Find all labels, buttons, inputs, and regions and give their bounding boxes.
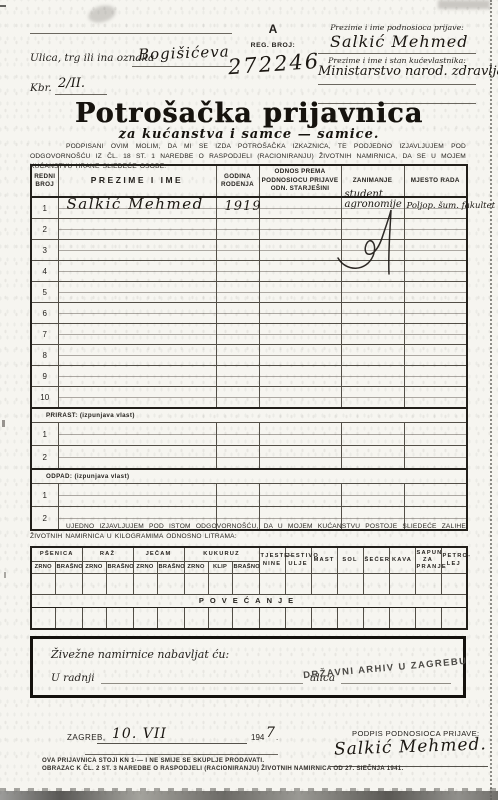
table-cell [341,387,404,409]
occupation-cell: student agronomije [341,197,404,219]
house-number-underline [55,94,107,95]
subcol-brasno: BRAŠNO [157,562,184,574]
year-handwritten: 1919 [225,199,262,214]
supply-cell [415,608,441,630]
margin-mark [2,420,5,427]
col-header-redni-broj: REDNI BROJ [31,165,58,197]
relation-cell [259,197,341,219]
household-row: 3 [31,240,467,261]
table-cell [341,324,404,345]
row-number: 10 [31,387,58,409]
table-cell [259,324,341,345]
price-note: OVA PRIJAVNICA STOJI KN 1·— I NE SMIJE S… [42,758,264,764]
applicant-underline [318,53,476,54]
table-cell [58,387,216,409]
supplies-group-header-row: PŠENICA RAŽ JEČAM KUKURUZ TJESTE-NINE JE… [31,547,467,562]
blank-line [30,33,232,34]
table-cell [216,345,259,366]
supply-cell [184,574,208,595]
supply-cell [31,574,55,595]
table-cell [341,282,404,303]
supply-cell [157,574,184,595]
form-reference-note: OBRAZAC K ČL. 2 ST. 3 NAREDBE O RASPODJE… [42,766,403,772]
household-row: 8 [31,345,467,366]
table-cell [404,345,467,366]
row-number: 1 [31,197,58,219]
table-cell [341,345,404,366]
table-cell [259,240,341,261]
table-cell [58,345,216,366]
supply-cell [441,574,467,595]
supply-cell [55,608,82,630]
workplace-cell: Poljop. šum. fakultet [404,197,467,219]
table-cell [404,261,467,282]
supply-cell [415,574,441,595]
blank-line [85,754,278,755]
supply-cell [106,574,133,595]
house-number-label: Kbr. [30,82,52,94]
odpad-row: 1 [31,484,467,507]
supply-cell [337,574,363,595]
prirast-section: PRIRAST: (izpunjava vlast) [31,408,467,423]
supply-cell [337,608,363,630]
city-label: ZAGREB, [67,733,106,742]
table-cell [216,219,259,240]
table-cell [58,303,216,324]
col-group-psenica: PŠENICA [31,547,82,562]
table-cell [58,219,216,240]
date-handwritten: 10. VII [112,726,167,742]
table-cell [259,219,341,240]
supplies-entry-row [31,574,467,595]
subcol-zrno: ZRNO [133,562,157,574]
col-mast: MAST [311,547,337,574]
household-row: 1 Salkić Mehmed 1919 student agronomije … [31,197,467,219]
reg-number-value-handwritten: 272246 [227,49,321,79]
table-cell [58,261,216,282]
supply-cell [259,574,285,595]
table-cell [216,240,259,261]
year-prefix: 194 [251,733,264,742]
supplies-declaration: UJEDNO IZJAVLJUJEM POD ISTOM ODGOVORNOŠĆ… [30,522,466,542]
row-number: 8 [31,345,58,366]
signature-handwritten: Salkić Mehmed. [334,734,487,759]
supply-cell [285,574,311,595]
col-jestivo-ulje: JESTIVO ULJE [285,547,311,574]
form-title: Potrošačka prijavnica [0,100,498,127]
odpad-label: ODPAD: (izpunjava vlast) [31,469,467,484]
prirast-row: 1 [31,423,467,446]
household-row: 5 [31,282,467,303]
col-group-jecam: JEČAM [133,547,184,562]
table-cell [404,387,467,409]
name-cell: Salkić Mehmed [58,197,216,219]
supply-cell [311,608,337,630]
subcol-brasno: BRAŠNO [232,562,259,574]
purchase-intro: Živežne namirnice nabavljat ću: [51,648,229,661]
year-dot: . [276,733,278,742]
col-header-odnos: ODNOS PREMA PODNOSIOCU PRIJAVE ODN. STAR… [259,165,341,197]
supply-cell [133,574,157,595]
povecanje-row: POVEĆANJE [31,595,467,608]
subcol-brasno: BRAŠNO [106,562,133,574]
reg-number-label: REG. BROJ: [235,42,311,49]
table-cell [58,240,216,261]
section-letter: A [235,22,311,36]
row-number: 1 [31,484,58,507]
table-cell [58,423,216,446]
household-row: 4 [31,261,467,282]
supply-cell [208,608,232,630]
stamp-smudge [86,3,117,26]
scan-edge-band [0,791,498,800]
u-radnji-label: U radnji [51,672,95,684]
table-cell [341,484,404,507]
table-cell [404,446,467,470]
table-cell [58,366,216,387]
table-cell [404,324,467,345]
supply-cell [363,574,389,595]
supply-cell [31,608,55,630]
prirast-label: PRIRAST: (izpunjava vlast) [31,408,467,423]
house-number-value-handwritten: 2/II. [58,76,85,91]
purchase-fill-row: U radnji ulica [51,672,451,684]
table-cell [259,261,341,282]
subcol-klip: KLIP [208,562,232,574]
col-group-raz: RAŽ [82,547,133,562]
supply-cell [389,574,415,595]
supplies-table: PŠENICA RAŽ JEČAM KUKURUZ TJESTE-NINE JE… [30,546,468,630]
col-header-mjesto-rada: MJESTO RADA [404,165,467,197]
supply-cell [157,608,184,630]
table-cell [341,303,404,324]
prirast-row: 2 [31,446,467,470]
table-cell [216,261,259,282]
col-header-prezime-ime: PREZIME I IME [58,165,216,197]
table-cell [404,366,467,387]
table-cell [216,423,259,446]
povecanje-label: POVEĆANJE [31,595,467,608]
landlord-value-handwritten: Ministarstvo narod. zdravlja [318,64,498,79]
form-subtitle: za kućanstva i samce — samice. [0,128,498,141]
table-cell [259,484,341,507]
table-cell [259,446,341,470]
col-group-kukuruz: KUKURUZ [184,547,259,562]
table-cell [58,446,216,470]
shop-fill-line [101,672,304,684]
supply-cell [441,608,467,630]
street-label: Ulica, trg ili ina oznaka [30,52,154,64]
supply-cell [232,574,259,595]
table-cell [58,282,216,303]
year-digit-handwritten: 7 [266,725,275,741]
subcol-brasno: BRAŠNO [55,562,82,574]
street-underline [132,66,232,67]
table-cell [404,423,467,446]
row-number: 1 [31,423,58,446]
supply-cell [259,608,285,630]
supply-cell [208,574,232,595]
table-cell [216,324,259,345]
supply-cell [363,608,389,630]
subcol-zrno: ZRNO [184,562,208,574]
table-cell [58,484,216,507]
supply-cell [184,608,208,630]
household-table: REDNI BROJ PREZIME I IME GODINA RODENJA … [30,164,468,531]
margin-mark [4,572,6,578]
supply-cell [82,574,106,595]
col-secer: ŠEĆER [363,547,389,574]
row-number: 4 [31,261,58,282]
table-cell [341,423,404,446]
supply-cell [55,574,82,595]
household-row: 10 [31,387,467,409]
occupation-handwritten: student agronomije [345,190,407,209]
table-cell [216,303,259,324]
table-cell [216,484,259,507]
row-number: 3 [31,240,58,261]
table-cell [216,366,259,387]
odpad-section: ODPAD: (izpunjava vlast) [31,469,467,484]
household-row: 2 [31,219,467,240]
table-cell [404,219,467,240]
supplies-entry-row [31,608,467,630]
workplace-handwritten: Poljop. šum. fakultet [407,201,496,211]
applicant-name-handwritten: Salkić Mehmed [330,32,469,51]
table-cell [341,219,404,240]
table-cell [259,366,341,387]
col-kava: KAVA [389,547,415,574]
table-cell [259,423,341,446]
subcol-zrno: ZRNO [31,562,55,574]
table-cell [404,303,467,324]
col-sol: SOL [337,547,363,574]
applicant-label: Prezime i ime podnosioca prijave: [316,23,478,32]
table-cell [216,282,259,303]
document-page: Ulica, trg ili ina oznaka Bogišićeva Kbr… [0,0,498,800]
table-cell [259,303,341,324]
supply-cell [311,574,337,595]
table-cell [259,282,341,303]
row-number: 6 [31,303,58,324]
year-cell: 1919 [216,197,259,219]
supply-cell [389,608,415,630]
table-cell [404,240,467,261]
table-cell [341,261,404,282]
table-cell [216,387,259,409]
row-number: 9 [31,366,58,387]
row-number: 5 [31,282,58,303]
landlord-underline [318,84,476,85]
col-header-godina: GODINA RODENJA [216,165,259,197]
supply-cell [285,608,311,630]
table-cell [58,324,216,345]
col-sapun: SAPUN ZA PRANJE [415,547,441,574]
table-cell [404,282,467,303]
street-value-handwritten: Bogišićeva [138,42,230,63]
table-cell [341,366,404,387]
supply-cell [133,608,157,630]
corner-smudge [438,0,490,9]
subcol-zrno: ZRNO [82,562,106,574]
household-row: 9 [31,366,467,387]
col-tjestenine: TJESTE-NINE [259,547,285,574]
supply-cell [106,608,133,630]
row-number: 7 [31,324,58,345]
date-underline [97,743,247,744]
household-row: 6 [31,303,467,324]
scan-corner-mark [0,5,6,7]
row-number: 2 [31,446,58,470]
table-cell [341,446,404,470]
table-cell [216,446,259,470]
table-cell [259,345,341,366]
supply-cell [82,608,106,630]
supply-cell [232,608,259,630]
table-cell [341,240,404,261]
table-cell [259,387,341,409]
row-number: 2 [31,219,58,240]
name-handwritten: Salkić Mehmed [67,195,204,213]
household-row: 7 [31,324,467,345]
table-cell [404,484,467,507]
